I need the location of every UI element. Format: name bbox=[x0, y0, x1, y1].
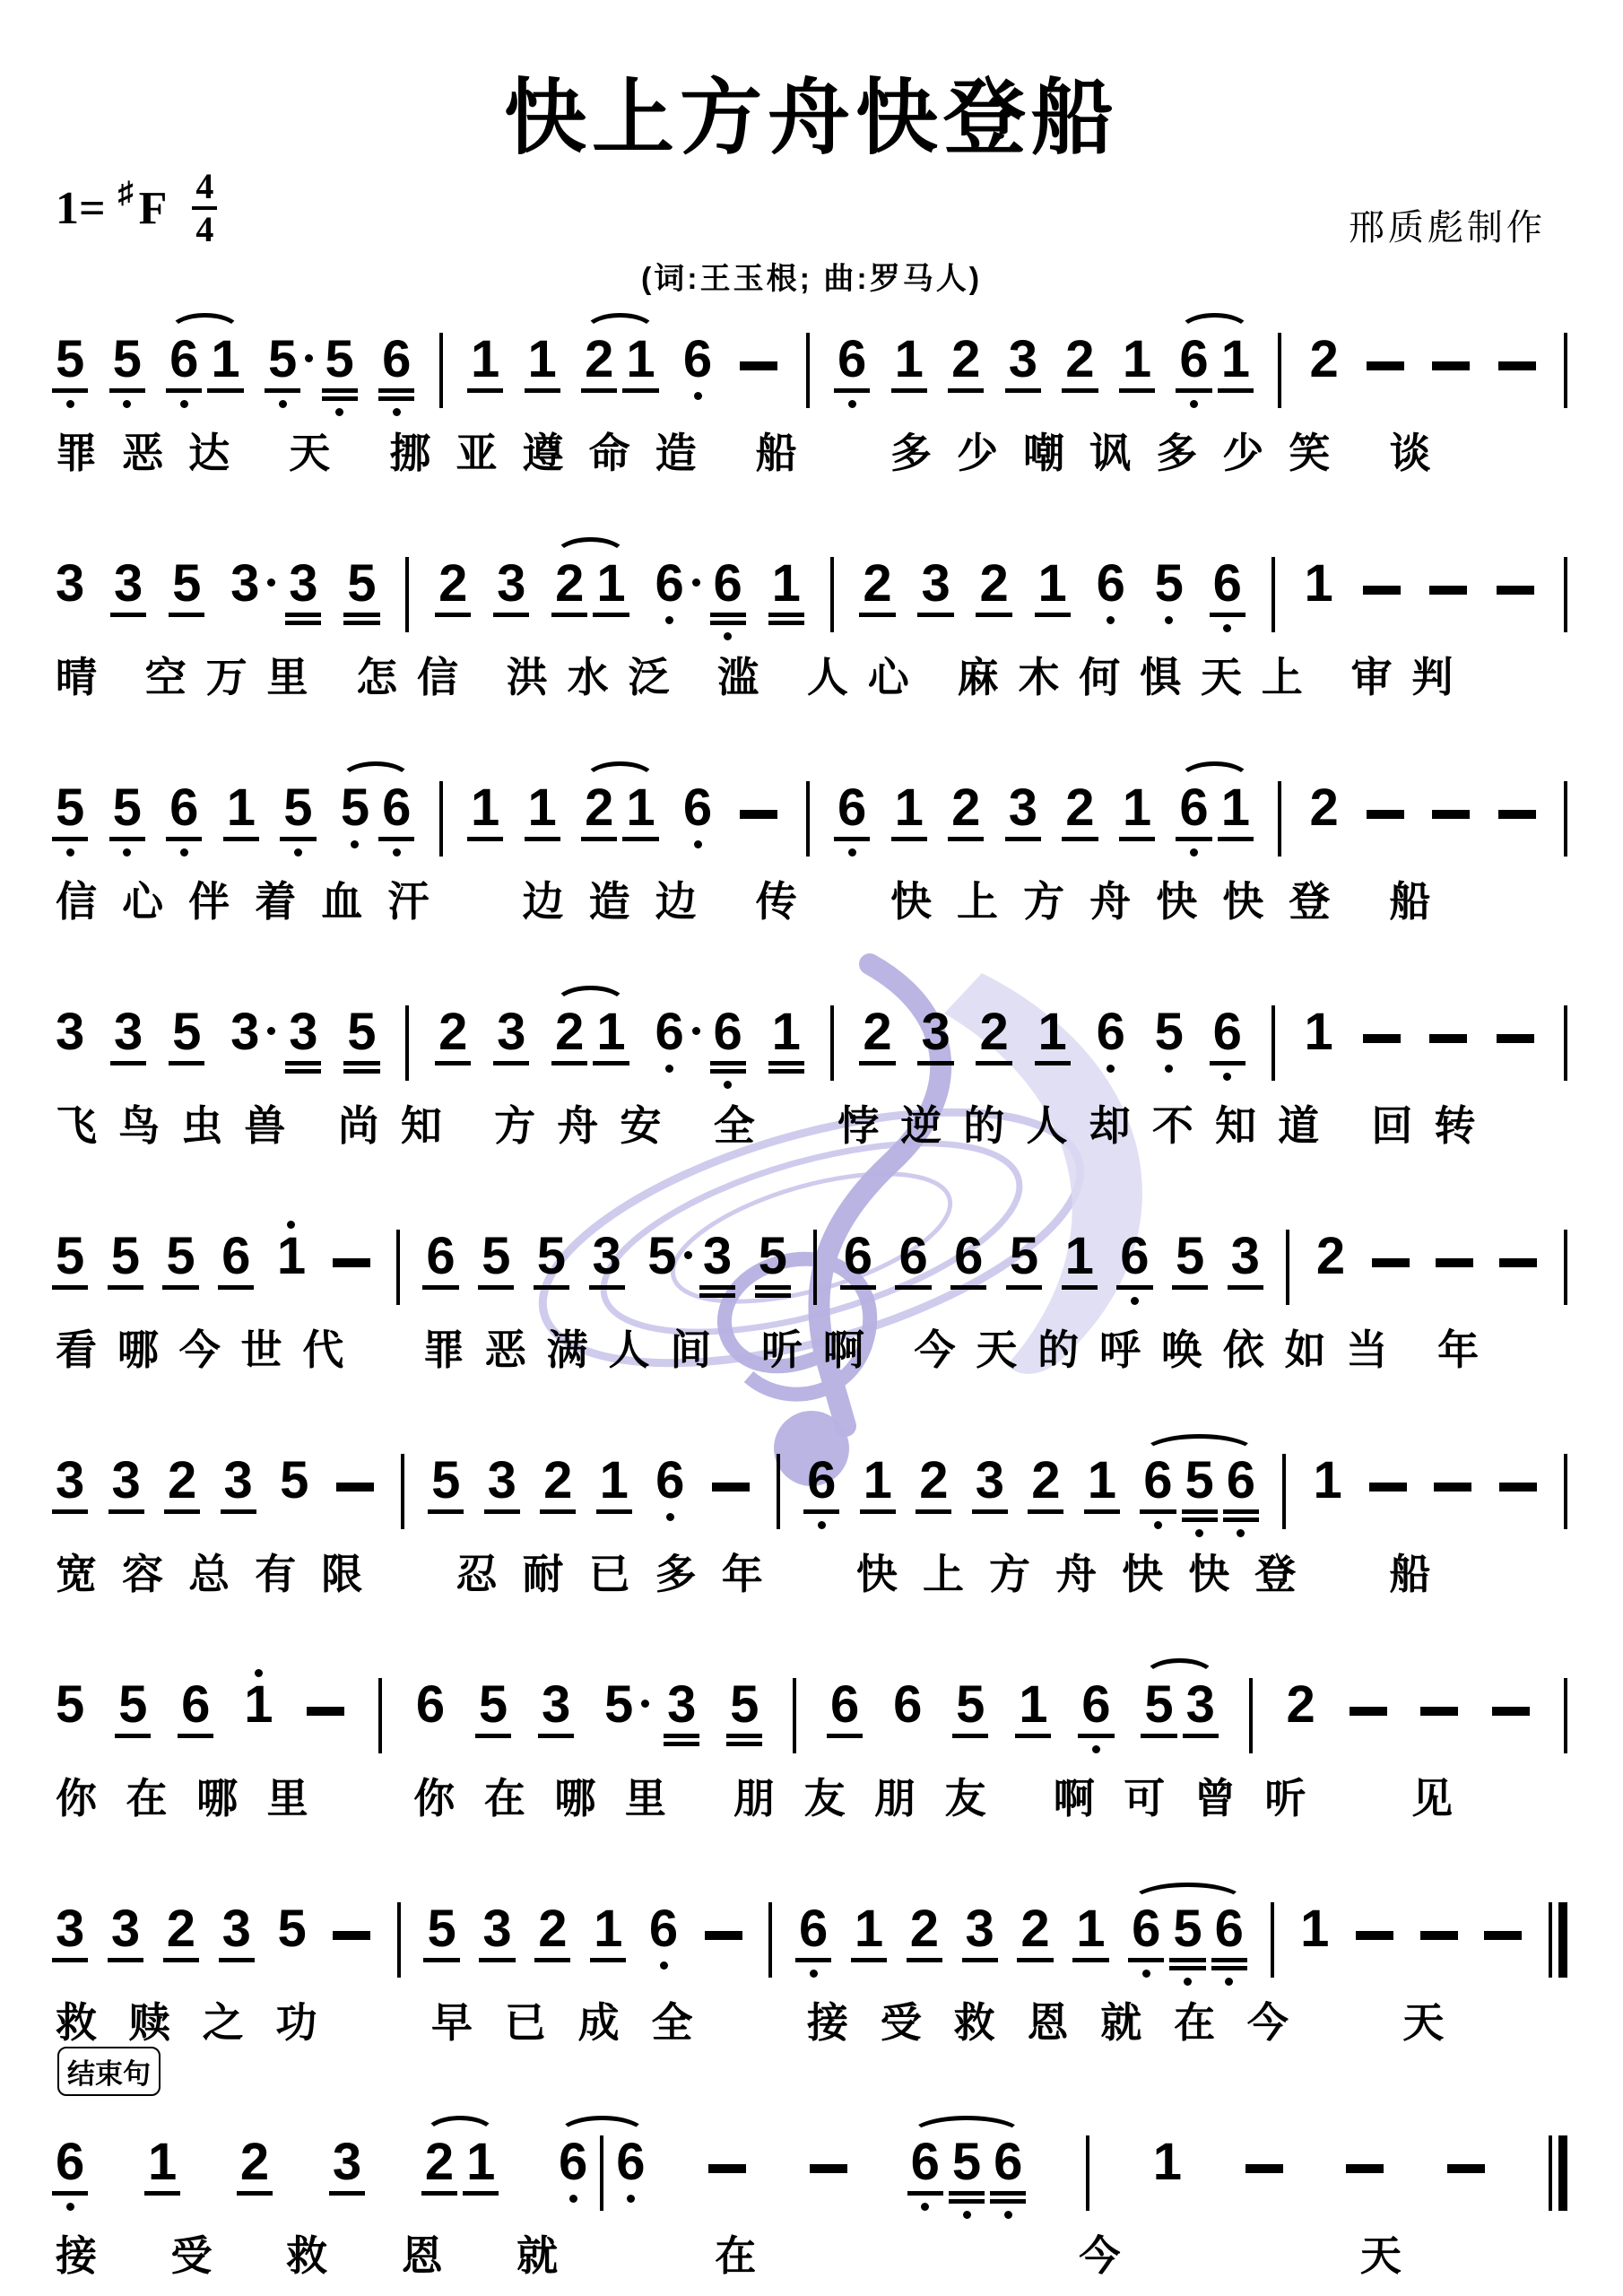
beam-underline bbox=[972, 1509, 1008, 1514]
beam-underline bbox=[221, 1509, 256, 1514]
notes-row: 335335232166123216561 bbox=[56, 544, 1567, 640]
note: 6 bbox=[838, 320, 866, 408]
lyric-char: 汗 bbox=[387, 869, 429, 928]
lyric-char bbox=[689, 645, 698, 704]
slur-group: 21 bbox=[585, 320, 655, 393]
note-digit: 1 bbox=[864, 1456, 892, 1506]
note-digit: 2 bbox=[538, 1904, 567, 1954]
beam-underline bbox=[378, 837, 414, 841]
lyric-char: 快 bbox=[1122, 1542, 1163, 1601]
beam-underline bbox=[285, 621, 321, 625]
lyric-char: 曾 bbox=[1194, 1766, 1236, 1825]
duration-dash bbox=[1484, 1931, 1522, 1940]
lyric-char bbox=[1520, 1766, 1529, 1825]
barline bbox=[396, 1230, 400, 1305]
octave-dot-low bbox=[818, 1521, 826, 1529]
slur-group: 656 bbox=[1132, 1890, 1244, 1986]
lyric-char: 飞 bbox=[56, 1093, 97, 1152]
note-digit: 5 bbox=[56, 783, 84, 833]
note-digit: 1 bbox=[528, 783, 557, 833]
barline bbox=[1564, 781, 1567, 857]
notes-row: 556155611216612321612 bbox=[56, 769, 1567, 857]
beam-underline bbox=[538, 1734, 574, 1738]
note: 1 bbox=[596, 544, 625, 617]
note: 1 bbox=[528, 320, 557, 393]
lyric-char: 人 bbox=[807, 645, 848, 704]
note-digit: 3 bbox=[112, 1456, 141, 1506]
note: 6 bbox=[1179, 769, 1208, 857]
arranger-credit: 邢质彪制作 bbox=[1349, 199, 1546, 250]
beam-underline bbox=[581, 388, 617, 393]
note-digit: 1 bbox=[626, 335, 655, 385]
lyrics-row: 信心伴着血汗边造边传快上方舟快快登船 bbox=[56, 869, 1567, 928]
note: 5 bbox=[1176, 1217, 1204, 1290]
note-digit: 6 bbox=[1120, 1231, 1149, 1282]
notes-row: 612321666561 bbox=[56, 2123, 1567, 2219]
note-digit: 2 bbox=[240, 2137, 269, 2187]
beam-underline bbox=[265, 388, 300, 393]
note-digit: 6 bbox=[655, 559, 683, 609]
lyric-char bbox=[1490, 1542, 1499, 1601]
note: 2 bbox=[585, 320, 613, 393]
note-digit: 3 bbox=[222, 1904, 251, 1954]
note: 1 bbox=[1038, 544, 1067, 617]
lyric-char: 已 bbox=[505, 1990, 546, 2049]
octave-dot-low bbox=[1154, 1521, 1162, 1529]
note-digit: 6 bbox=[1213, 1007, 1242, 1057]
lyric-char bbox=[1456, 1542, 1465, 1601]
duration-dash bbox=[1367, 810, 1404, 819]
beam-underline bbox=[622, 837, 658, 841]
note: 3 bbox=[230, 993, 259, 1057]
lyric-char bbox=[1499, 1318, 1508, 1377]
lyric-char: 满 bbox=[547, 1318, 588, 1377]
beam-underline bbox=[1183, 1734, 1219, 1738]
lyric-char bbox=[387, 1542, 396, 1601]
lyric-char: 容 bbox=[122, 1542, 163, 1601]
note-digit: 1 bbox=[1221, 335, 1250, 385]
lyric-char: 快 bbox=[1156, 869, 1197, 928]
octave-dot-low-slot bbox=[393, 848, 401, 857]
octave-dot-low-slot bbox=[848, 848, 856, 857]
beam-underline bbox=[803, 1509, 839, 1514]
note-digit: 5 bbox=[1173, 1904, 1202, 1954]
note-digit: 5 bbox=[113, 783, 142, 833]
duration-dash bbox=[1363, 1034, 1401, 1043]
lyric-char bbox=[1501, 645, 1510, 704]
note: 6 bbox=[714, 993, 742, 1089]
lyric-char: 在 bbox=[126, 1766, 168, 1825]
note: 3 bbox=[114, 544, 143, 617]
note-digit: 3 bbox=[56, 1904, 84, 1954]
octave-dot-low bbox=[279, 400, 287, 408]
beam-underline bbox=[664, 1742, 699, 1746]
note-digit: 6 bbox=[838, 335, 866, 385]
note: 6 bbox=[616, 2123, 645, 2203]
note: 5 bbox=[341, 769, 369, 848]
octave-dot-low bbox=[665, 1065, 673, 1073]
duration-dash bbox=[333, 1258, 370, 1267]
note: 3 bbox=[488, 1441, 516, 1514]
lyric-char bbox=[722, 421, 731, 480]
duration-dash bbox=[1497, 1034, 1534, 1043]
barline bbox=[1564, 333, 1567, 408]
lyric-char: 忍 bbox=[456, 1542, 497, 1601]
note-digit: 3 bbox=[56, 1007, 84, 1057]
lyric-char: 罪 bbox=[56, 421, 97, 480]
beam-underline bbox=[108, 1285, 143, 1290]
sharp-icon: ♯ bbox=[118, 177, 134, 211]
beam-underline bbox=[710, 1061, 746, 1065]
lyric-char bbox=[1517, 1990, 1526, 2049]
beam-underline bbox=[755, 1285, 791, 1290]
lyric-char: 哪 bbox=[554, 1766, 595, 1825]
note-digit: 6 bbox=[559, 2137, 587, 2187]
beam-underline bbox=[422, 1285, 458, 1290]
lyric-char bbox=[355, 421, 364, 480]
duration-dash bbox=[1369, 1483, 1407, 1492]
note-digit: 3 bbox=[497, 559, 525, 609]
lyric-char bbox=[1524, 421, 1533, 480]
beam-underline bbox=[1172, 1285, 1208, 1290]
note: 6 bbox=[382, 320, 411, 416]
lyric-char bbox=[327, 645, 336, 704]
beam-underline bbox=[907, 1958, 942, 1962]
note: 2 bbox=[240, 2123, 269, 2196]
lyric-char bbox=[394, 1318, 403, 1377]
lyric-char: 你 bbox=[413, 1766, 455, 1825]
note-digit: 6 bbox=[683, 783, 712, 833]
lyric-char bbox=[1524, 1542, 1533, 1601]
lyric-char: 听 bbox=[761, 1318, 803, 1377]
octave-dot-low-slot bbox=[1223, 623, 1231, 632]
note-digit: 6 bbox=[830, 1680, 859, 1730]
note: 5 bbox=[1010, 1217, 1038, 1290]
note: 6 bbox=[56, 2123, 84, 2211]
octave-dot-low bbox=[724, 1081, 732, 1089]
duration-dash bbox=[740, 361, 777, 370]
note: 5 bbox=[280, 1441, 308, 1506]
notes-row: 33235532166123216561 bbox=[56, 1890, 1567, 1986]
lyric-char bbox=[308, 1093, 317, 1152]
beam-underline bbox=[223, 837, 259, 841]
beam-underline bbox=[1005, 837, 1041, 841]
note: 5 bbox=[56, 1217, 84, 1290]
beam-underline bbox=[891, 837, 927, 841]
note-digit: 5 bbox=[166, 1231, 195, 1282]
beam-underline bbox=[593, 1061, 629, 1065]
slur-group: 56 bbox=[341, 769, 412, 857]
augmentation-dot bbox=[641, 1700, 649, 1708]
note-digit: 5 bbox=[537, 1231, 566, 1282]
lyric-char: 恶 bbox=[122, 421, 163, 480]
lyric-char bbox=[1529, 1318, 1538, 1377]
lyric-char: 少 bbox=[1222, 421, 1263, 480]
note: 6 bbox=[382, 769, 411, 857]
beam-underline bbox=[1182, 1518, 1218, 1522]
octave-dot-low-slot bbox=[279, 399, 287, 408]
lyric-char bbox=[885, 1318, 894, 1377]
note: 3 bbox=[289, 993, 317, 1074]
note-digit: 5 bbox=[604, 1680, 633, 1730]
beam-underline bbox=[1116, 1285, 1152, 1290]
barline bbox=[777, 1454, 780, 1529]
barline bbox=[397, 1902, 401, 1978]
note-digit: 2 bbox=[863, 1007, 891, 1057]
key-note: F bbox=[139, 182, 168, 235]
lyric-char bbox=[1355, 869, 1364, 928]
lyric-char bbox=[1475, 2223, 1484, 2283]
octave-dot-low-slot bbox=[180, 848, 188, 857]
lyric-char: 已 bbox=[589, 1542, 630, 1601]
lyric-char: 多 bbox=[655, 1542, 697, 1601]
lyric-char bbox=[337, 1766, 346, 1825]
beam-underline bbox=[976, 613, 1011, 617]
note-digit: 1 bbox=[772, 559, 801, 609]
note: 6 bbox=[1097, 993, 1125, 1073]
beam-underline bbox=[710, 621, 746, 625]
octave-dot-low bbox=[335, 408, 343, 416]
beam-underline bbox=[525, 388, 560, 393]
beam-underline bbox=[164, 1509, 200, 1514]
lyric-char: 审 bbox=[1350, 645, 1392, 704]
lyric-char bbox=[695, 1766, 704, 1825]
note: 5 bbox=[111, 1217, 140, 1290]
note: 6 bbox=[1081, 1665, 1110, 1753]
barline bbox=[830, 1005, 834, 1081]
note: 1 bbox=[1221, 769, 1250, 841]
lyric-char: 宽 bbox=[56, 1542, 97, 1601]
note-digit: 1 bbox=[1300, 1904, 1329, 1954]
note: 2 bbox=[438, 544, 467, 617]
octave-dot-low bbox=[627, 2195, 635, 2203]
note: 6 bbox=[559, 2123, 587, 2203]
beam-underline bbox=[475, 1734, 511, 1738]
note: 3 bbox=[111, 1890, 140, 1962]
octave-dot-low bbox=[1107, 616, 1115, 624]
lyric-char: 上 bbox=[1262, 645, 1303, 704]
beam-underline bbox=[1062, 837, 1098, 841]
lyric-char bbox=[1558, 1093, 1567, 1152]
note: 3 bbox=[56, 1890, 84, 1962]
lyric-char: 限 bbox=[321, 1542, 362, 1601]
note-digit: 1 bbox=[1076, 1904, 1105, 1954]
note-digit: 5 bbox=[56, 1231, 84, 1282]
note-digit: 3 bbox=[921, 1007, 950, 1057]
barline bbox=[1249, 1678, 1253, 1753]
beam-underline bbox=[1210, 613, 1245, 617]
final-barline-thin bbox=[1549, 2135, 1552, 2211]
note-digit: 2 bbox=[1065, 783, 1094, 833]
lyric-char: 谈 bbox=[1389, 421, 1430, 480]
duration-dash bbox=[1429, 586, 1467, 595]
note-digit: 6 bbox=[382, 335, 411, 385]
note-digit: 5 bbox=[479, 1680, 508, 1730]
beam-underline bbox=[525, 837, 560, 841]
lyric-char bbox=[1277, 2223, 1286, 2283]
lyric-char: 呼 bbox=[1099, 1318, 1141, 1377]
lyric-char bbox=[1476, 1990, 1485, 2049]
note-digit: 1 bbox=[594, 1904, 622, 1954]
note-digit: 5 bbox=[759, 1231, 787, 1282]
lyric-char: 晴 bbox=[56, 645, 97, 704]
duration-dash bbox=[1498, 361, 1536, 370]
octave-dot-low bbox=[123, 848, 131, 857]
note: 3 bbox=[56, 544, 84, 609]
note: 3 bbox=[222, 1890, 251, 1962]
note: 3 bbox=[112, 1441, 141, 1514]
beam-underline bbox=[1182, 1509, 1218, 1514]
barline bbox=[1564, 1005, 1567, 1081]
note-digit: 6 bbox=[181, 1680, 210, 1730]
octave-dot-low bbox=[66, 848, 74, 857]
lyric-char: 见 bbox=[1411, 1766, 1453, 1825]
beam-underline bbox=[710, 1069, 746, 1074]
lyric-char: 泛 bbox=[628, 645, 669, 704]
lyric-char bbox=[1558, 1318, 1567, 1377]
octave-dot-low-slot bbox=[848, 399, 856, 408]
lyric-char bbox=[1015, 1766, 1024, 1825]
lyric-char: 有 bbox=[255, 1542, 296, 1601]
note: 5 bbox=[56, 320, 84, 408]
note: 2 bbox=[863, 993, 891, 1065]
lyric-char: 舟 bbox=[1089, 869, 1131, 928]
duration-dash bbox=[1498, 810, 1536, 819]
augmentation-dot bbox=[692, 578, 700, 587]
lyric-char: 逆 bbox=[900, 1093, 942, 1152]
note: 1 bbox=[244, 1665, 273, 1730]
lyric-char: 世 bbox=[241, 1318, 282, 1377]
notes-row: 556155611216612321612 bbox=[56, 320, 1567, 416]
lyric-char: 洪 bbox=[507, 645, 548, 704]
beam-underline bbox=[755, 1293, 791, 1298]
lyric-char: 心 bbox=[122, 869, 163, 928]
note: 2 bbox=[543, 1441, 572, 1514]
barline bbox=[768, 1902, 772, 1978]
note-digit: 1 bbox=[1123, 335, 1151, 385]
augmentation-dot bbox=[692, 1027, 700, 1035]
lyric-char: 知 bbox=[1215, 1093, 1256, 1152]
note-digit: 6 bbox=[649, 1904, 678, 1954]
beam-underline bbox=[1210, 1061, 1245, 1065]
note-digit: 3 bbox=[976, 1456, 1004, 1506]
beam-underline bbox=[1218, 388, 1254, 393]
note: 2 bbox=[951, 320, 980, 393]
note-digit: 1 bbox=[244, 1680, 273, 1730]
note-digit: 5 bbox=[280, 1456, 308, 1506]
beam-underline bbox=[1140, 1509, 1176, 1514]
lyric-char: 的 bbox=[1037, 1318, 1079, 1377]
octave-dot-low-slot bbox=[660, 1961, 668, 1970]
beam-underline bbox=[1017, 1958, 1053, 1962]
final-barline bbox=[1549, 1902, 1567, 1978]
barline bbox=[806, 333, 810, 408]
lyric-char: 舟 bbox=[1055, 1542, 1097, 1601]
note-digit: 1 bbox=[148, 2137, 177, 2187]
note: 6 bbox=[181, 1665, 210, 1738]
lyric-char: 罪 bbox=[423, 1318, 464, 1377]
note-digit: 5 bbox=[647, 1231, 676, 1282]
duration-dash bbox=[1420, 1931, 1458, 1940]
octave-dot-low-slot bbox=[666, 1512, 674, 1521]
note-digit: 3 bbox=[289, 1007, 317, 1057]
note-digit: 6 bbox=[1081, 1680, 1110, 1730]
lyric-char: 道 bbox=[1278, 1093, 1319, 1152]
slur-group: 21 bbox=[585, 769, 655, 841]
duration-dash bbox=[1436, 1258, 1473, 1267]
lyric-char: 朋 bbox=[874, 1766, 916, 1825]
note-digit: 1 bbox=[227, 783, 256, 833]
lyric-char: 就 bbox=[1100, 1990, 1141, 2049]
lyric-char: 虫 bbox=[181, 1093, 222, 1152]
note: 3 bbox=[1009, 769, 1037, 841]
note: 2 bbox=[425, 2123, 454, 2196]
lyric-char bbox=[376, 1766, 385, 1825]
slur-group: 21 bbox=[555, 544, 626, 617]
beam-underline bbox=[343, 1061, 379, 1065]
note-digit: 2 bbox=[1310, 335, 1339, 385]
lyric-char: 总 bbox=[188, 1542, 230, 1601]
lyric-char bbox=[1490, 869, 1499, 928]
note: 2 bbox=[951, 769, 980, 841]
beam-underline bbox=[280, 837, 316, 841]
beam-underline bbox=[467, 837, 503, 841]
note: 5 bbox=[427, 1890, 456, 1962]
octave-dot-low-slot bbox=[123, 848, 131, 857]
octave-dot-low-slot bbox=[1237, 1528, 1245, 1537]
key-signature: 1=♯F 4 4 bbox=[56, 169, 217, 248]
lyric-char: 人 bbox=[608, 1318, 649, 1377]
lyric-char: 快 bbox=[890, 869, 932, 928]
lyric-char bbox=[1341, 1093, 1350, 1152]
lyric-char: 之 bbox=[203, 1990, 244, 2049]
barline bbox=[439, 333, 443, 408]
octave-dot-low bbox=[724, 632, 732, 640]
duration-dash bbox=[1420, 1707, 1458, 1716]
beam-underline bbox=[699, 1285, 735, 1290]
lyric-char: 遵 bbox=[523, 421, 564, 480]
note: 6 bbox=[169, 769, 198, 857]
beam-underline bbox=[664, 1734, 699, 1738]
lyric-char: 哪 bbox=[196, 1766, 238, 1825]
lyric-char bbox=[1355, 421, 1364, 480]
beam-underline bbox=[916, 1509, 951, 1514]
note-digit: 6 bbox=[56, 2137, 84, 2187]
lyric-char bbox=[421, 1542, 430, 1601]
note-digit: 6 bbox=[1215, 1904, 1244, 1954]
beam-underline bbox=[207, 388, 243, 393]
octave-dot-low-slot bbox=[1225, 1977, 1233, 1986]
beam-underline bbox=[768, 621, 804, 625]
notes-row: 556165353566516532 bbox=[56, 1665, 1567, 1753]
beam-underline bbox=[851, 1958, 887, 1962]
octave-dot-low bbox=[1142, 1970, 1150, 1978]
octave-dot-low bbox=[848, 400, 856, 408]
note: 6 bbox=[169, 320, 198, 408]
note-digit: 5 bbox=[277, 1904, 306, 1954]
note: 2 bbox=[585, 769, 613, 841]
lyric-char bbox=[1524, 869, 1533, 928]
barline bbox=[830, 557, 834, 632]
barline bbox=[1564, 1230, 1567, 1305]
octave-dot-low-slot bbox=[921, 2202, 929, 2211]
note: 3 bbox=[1009, 320, 1037, 393]
lyric-char bbox=[996, 2223, 1005, 2283]
note: 6 bbox=[655, 544, 683, 624]
duration-dash bbox=[1429, 1034, 1467, 1043]
beam-underline bbox=[322, 388, 358, 393]
beam-underline bbox=[952, 1734, 988, 1738]
